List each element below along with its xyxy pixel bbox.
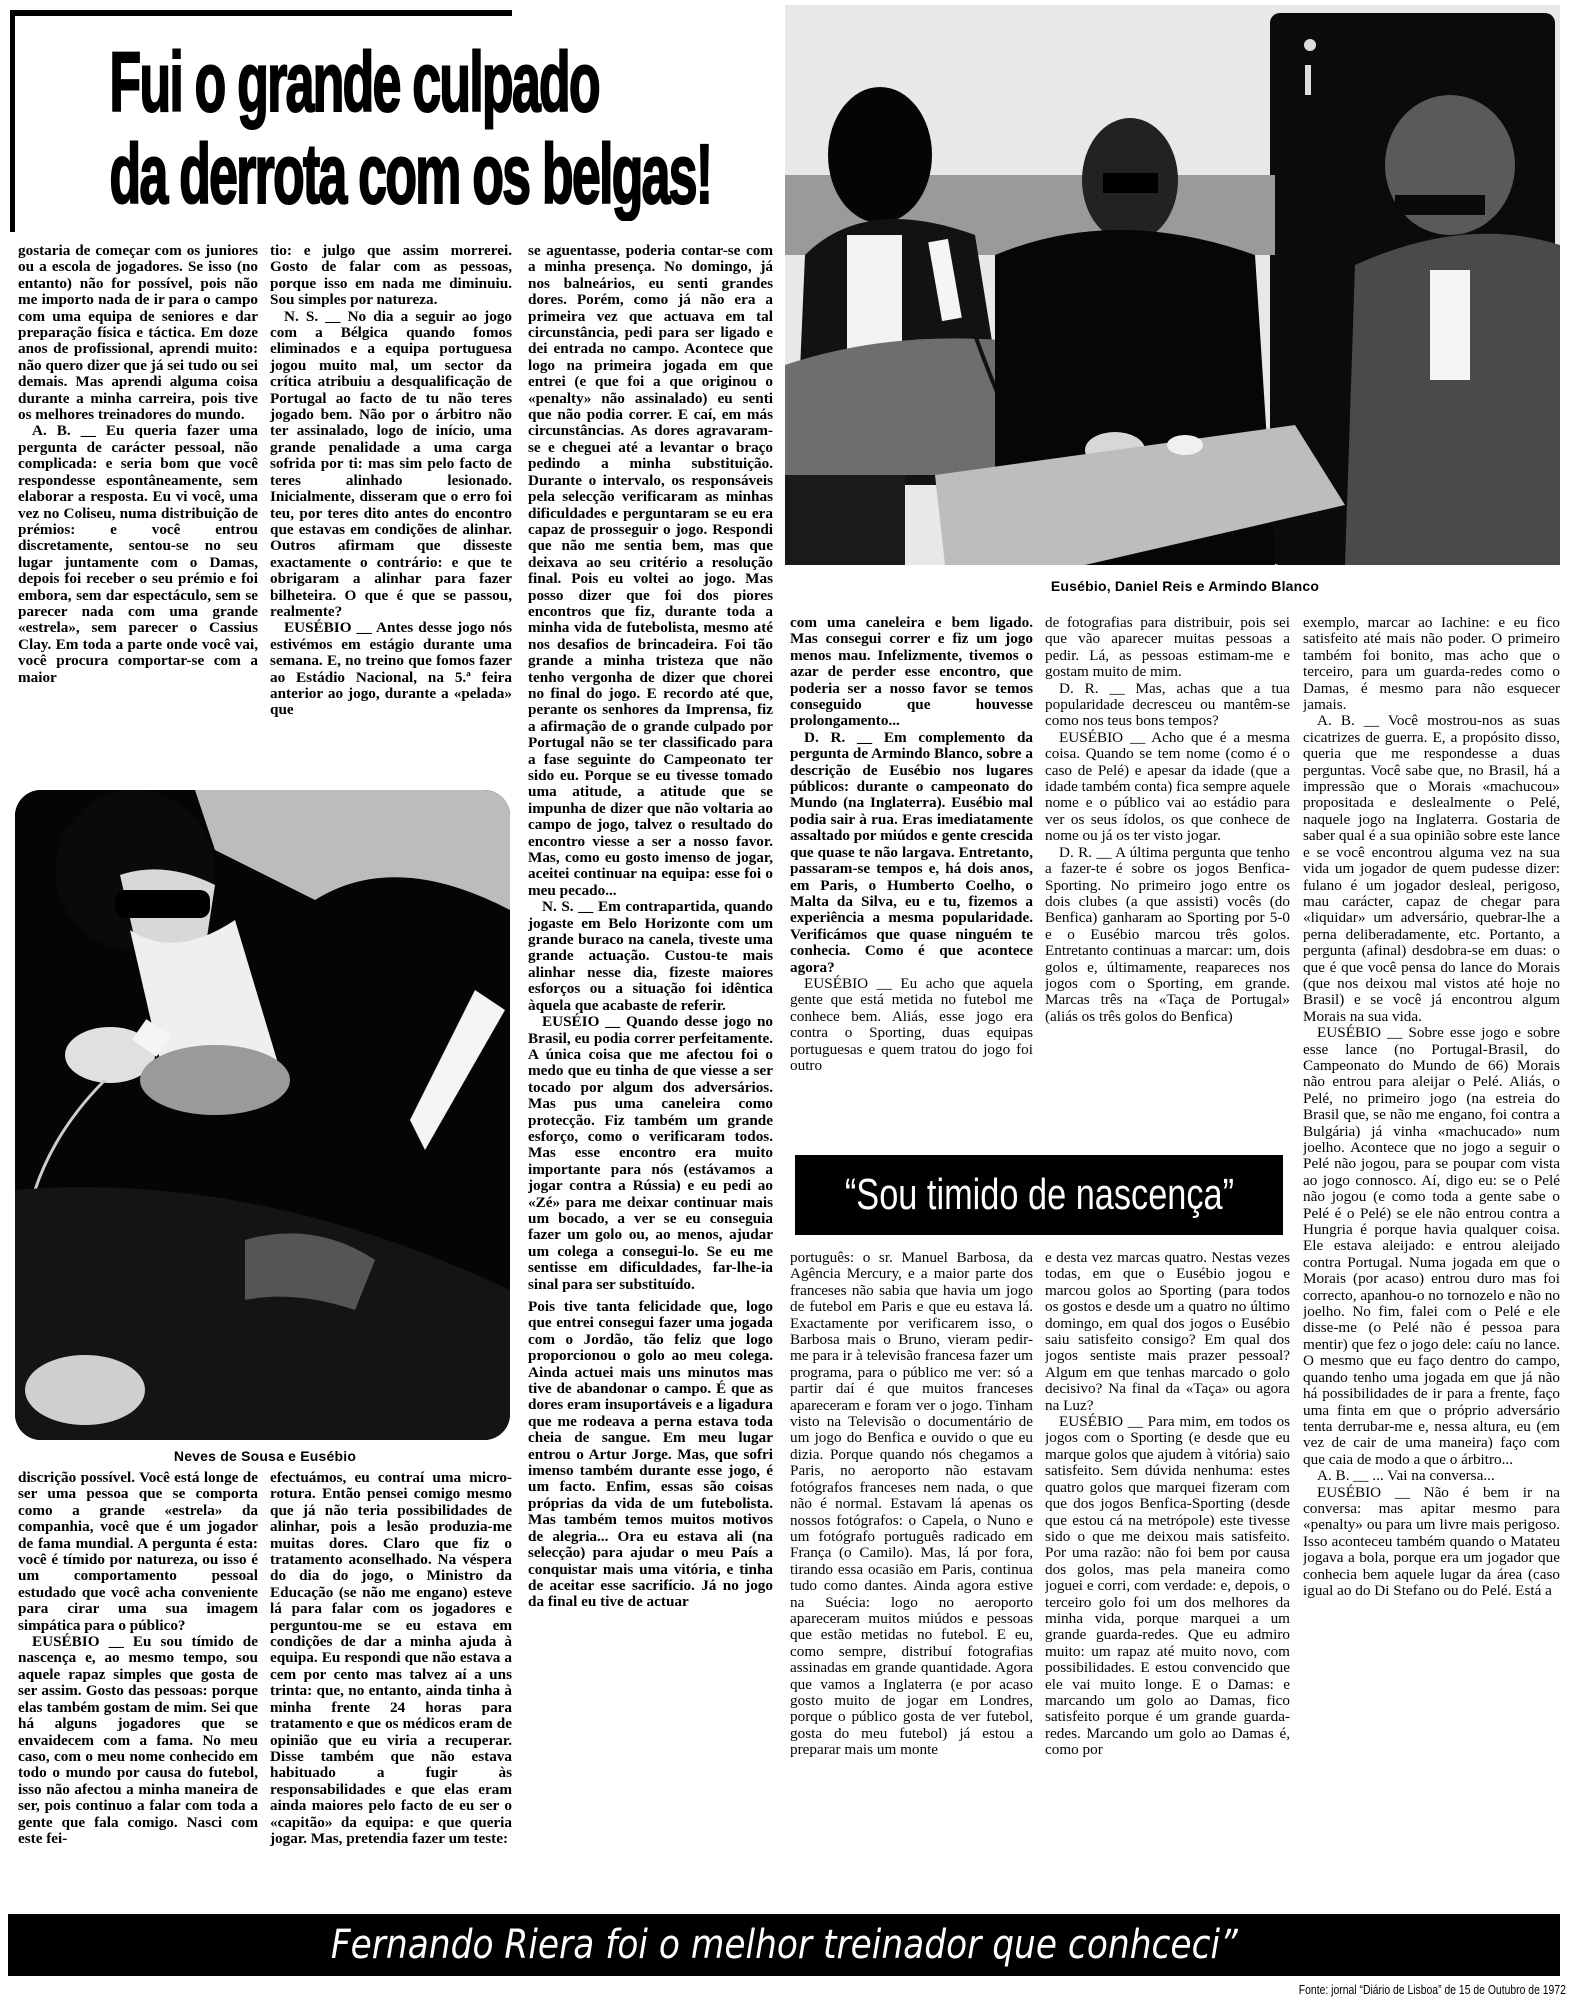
paragraph: e desta vez marcas quatro. Nestas vezes …: [1045, 1250, 1290, 1414]
paragraph: exemplo, marcar ao Iachine: e eu fico sa…: [1303, 615, 1560, 713]
paragraph: EUSÉBIO __ Sobre esse jogo e sobre esse …: [1303, 1025, 1560, 1468]
article-column-4-top: com uma caneleira e bem ligado. Mas cons…: [790, 615, 1033, 1150]
paragraph: A. B. __ Eu queria fazer uma pergunta de…: [18, 423, 258, 686]
article-column-1-bottom: discrição possível. Você está longe de s…: [18, 1470, 258, 1895]
article-column-1-top: gostaria de começar com os juniores ou a…: [18, 243, 258, 778]
paragraph: Pois tive tanta felicidade que, logo que…: [528, 1299, 773, 1611]
paragraph: com uma caneleira e bem ligado. Mas cons…: [790, 615, 1033, 730]
pull-quote-text: “Sou timido de nascença”: [844, 1170, 1233, 1220]
three-men-interview-photo: [785, 5, 1560, 565]
headline-frame: Fui o grande culpado da derrota com os b…: [10, 10, 512, 232]
paragraph: D. R. __ A última pergunta que tenho a f…: [1045, 845, 1290, 1025]
paragraph: tio: e julgo que assim morrerei. Gosto d…: [270, 243, 512, 309]
paragraph: N. S. __ Em contrapartida, quando jogast…: [528, 899, 773, 1014]
paragraph: A. B. __ ... Vai na conversa...: [1303, 1468, 1560, 1484]
article-column-2-top: tio: e julgo que assim morrerei. Gosto d…: [270, 243, 512, 778]
paragraph: efectuámos, eu contraí uma micro-rotura.…: [270, 1470, 512, 1847]
paragraph: EUSÉBIO __ Acho que é a mesma coisa. Qua…: [1045, 730, 1290, 845]
man-with-microphone-photo: [15, 790, 510, 1440]
paragraph: EUSÉIO __ Quando desse jogo no Brasil, e…: [528, 1014, 773, 1293]
paragraph: EUSÉBIO __ Eu acho que aquela gente que …: [790, 976, 1033, 1074]
paragraph: N. S. __ No dia a seguir ao jogo com a B…: [270, 309, 512, 621]
article-column-4-bottom: português: o sr. Manuel Barbosa, da Agên…: [790, 1250, 1033, 1900]
paragraph: EUSÉBIO __ Eu sou tímido de nascença e, …: [18, 1634, 258, 1847]
left-photo-caption: Neves de Sousa e Eusébio: [110, 1448, 420, 1464]
paragraph: gostaria de começar com os juniores ou a…: [18, 243, 258, 423]
paragraph: se aguentasse, poderia contar-se com a m…: [528, 243, 773, 899]
paragraph: EUSÉBIO __ Antes desse jogo nós estivémo…: [270, 620, 512, 718]
paragraph: D. R. __ Em complemento da pergunta de A…: [790, 730, 1033, 976]
paragraph: A. B. __ Você mostrou-nos as suas cicatr…: [1303, 713, 1560, 1025]
headline: Fui o grande culpado da derrota com os b…: [109, 36, 417, 220]
top-photo-caption: Eusébio, Daniel Reis e Armindo Blanco: [1000, 578, 1370, 594]
article-column-3: se aguentasse, poderia contar-se com a m…: [528, 243, 773, 1898]
article-column-2-bottom: efectuámos, eu contraí uma micro-rotura.…: [270, 1470, 512, 1895]
article-column-5-top: de fotografias para distribuir, pois sei…: [1045, 615, 1290, 1150]
paragraph: português: o sr. Manuel Barbosa, da Agên…: [790, 1250, 1033, 1759]
paragraph: EUSÉBIO __ Para mim, em todos os jogos c…: [1045, 1414, 1290, 1759]
article-column-6: exemplo, marcar ao Iachine: e eu fico sa…: [1303, 615, 1560, 1900]
paragraph: EUSÉBIO __ Não é bem ir na conversa: mas…: [1303, 1485, 1560, 1600]
bottom-quote-text: Fernando Riera foi o melhor treinador qu…: [330, 1922, 1237, 1968]
pull-quote-banner: “Sou timido de nascença”: [795, 1155, 1283, 1235]
source-credit: Fonte: jornal “Diário de Lisboa” de 15 d…: [1299, 1982, 1566, 1997]
headline-line-1: Fui o grande culpado: [109, 36, 417, 128]
headline-line-2: da derrota com os belgas!: [109, 128, 417, 220]
bottom-quote-banner: Fernando Riera foi o melhor treinador qu…: [8, 1914, 1560, 1976]
photo-graphic: [785, 5, 1560, 565]
paragraph: D. R. __ Mas, achas que a tua popularida…: [1045, 681, 1290, 730]
article-column-5-bottom: e desta vez marcas quatro. Nestas vezes …: [1045, 1250, 1290, 1900]
photo-graphic: [15, 790, 510, 1440]
paragraph: discrição possível. Você está longe de s…: [18, 1470, 258, 1634]
paragraph: de fotografias para distribuir, pois sei…: [1045, 615, 1290, 681]
